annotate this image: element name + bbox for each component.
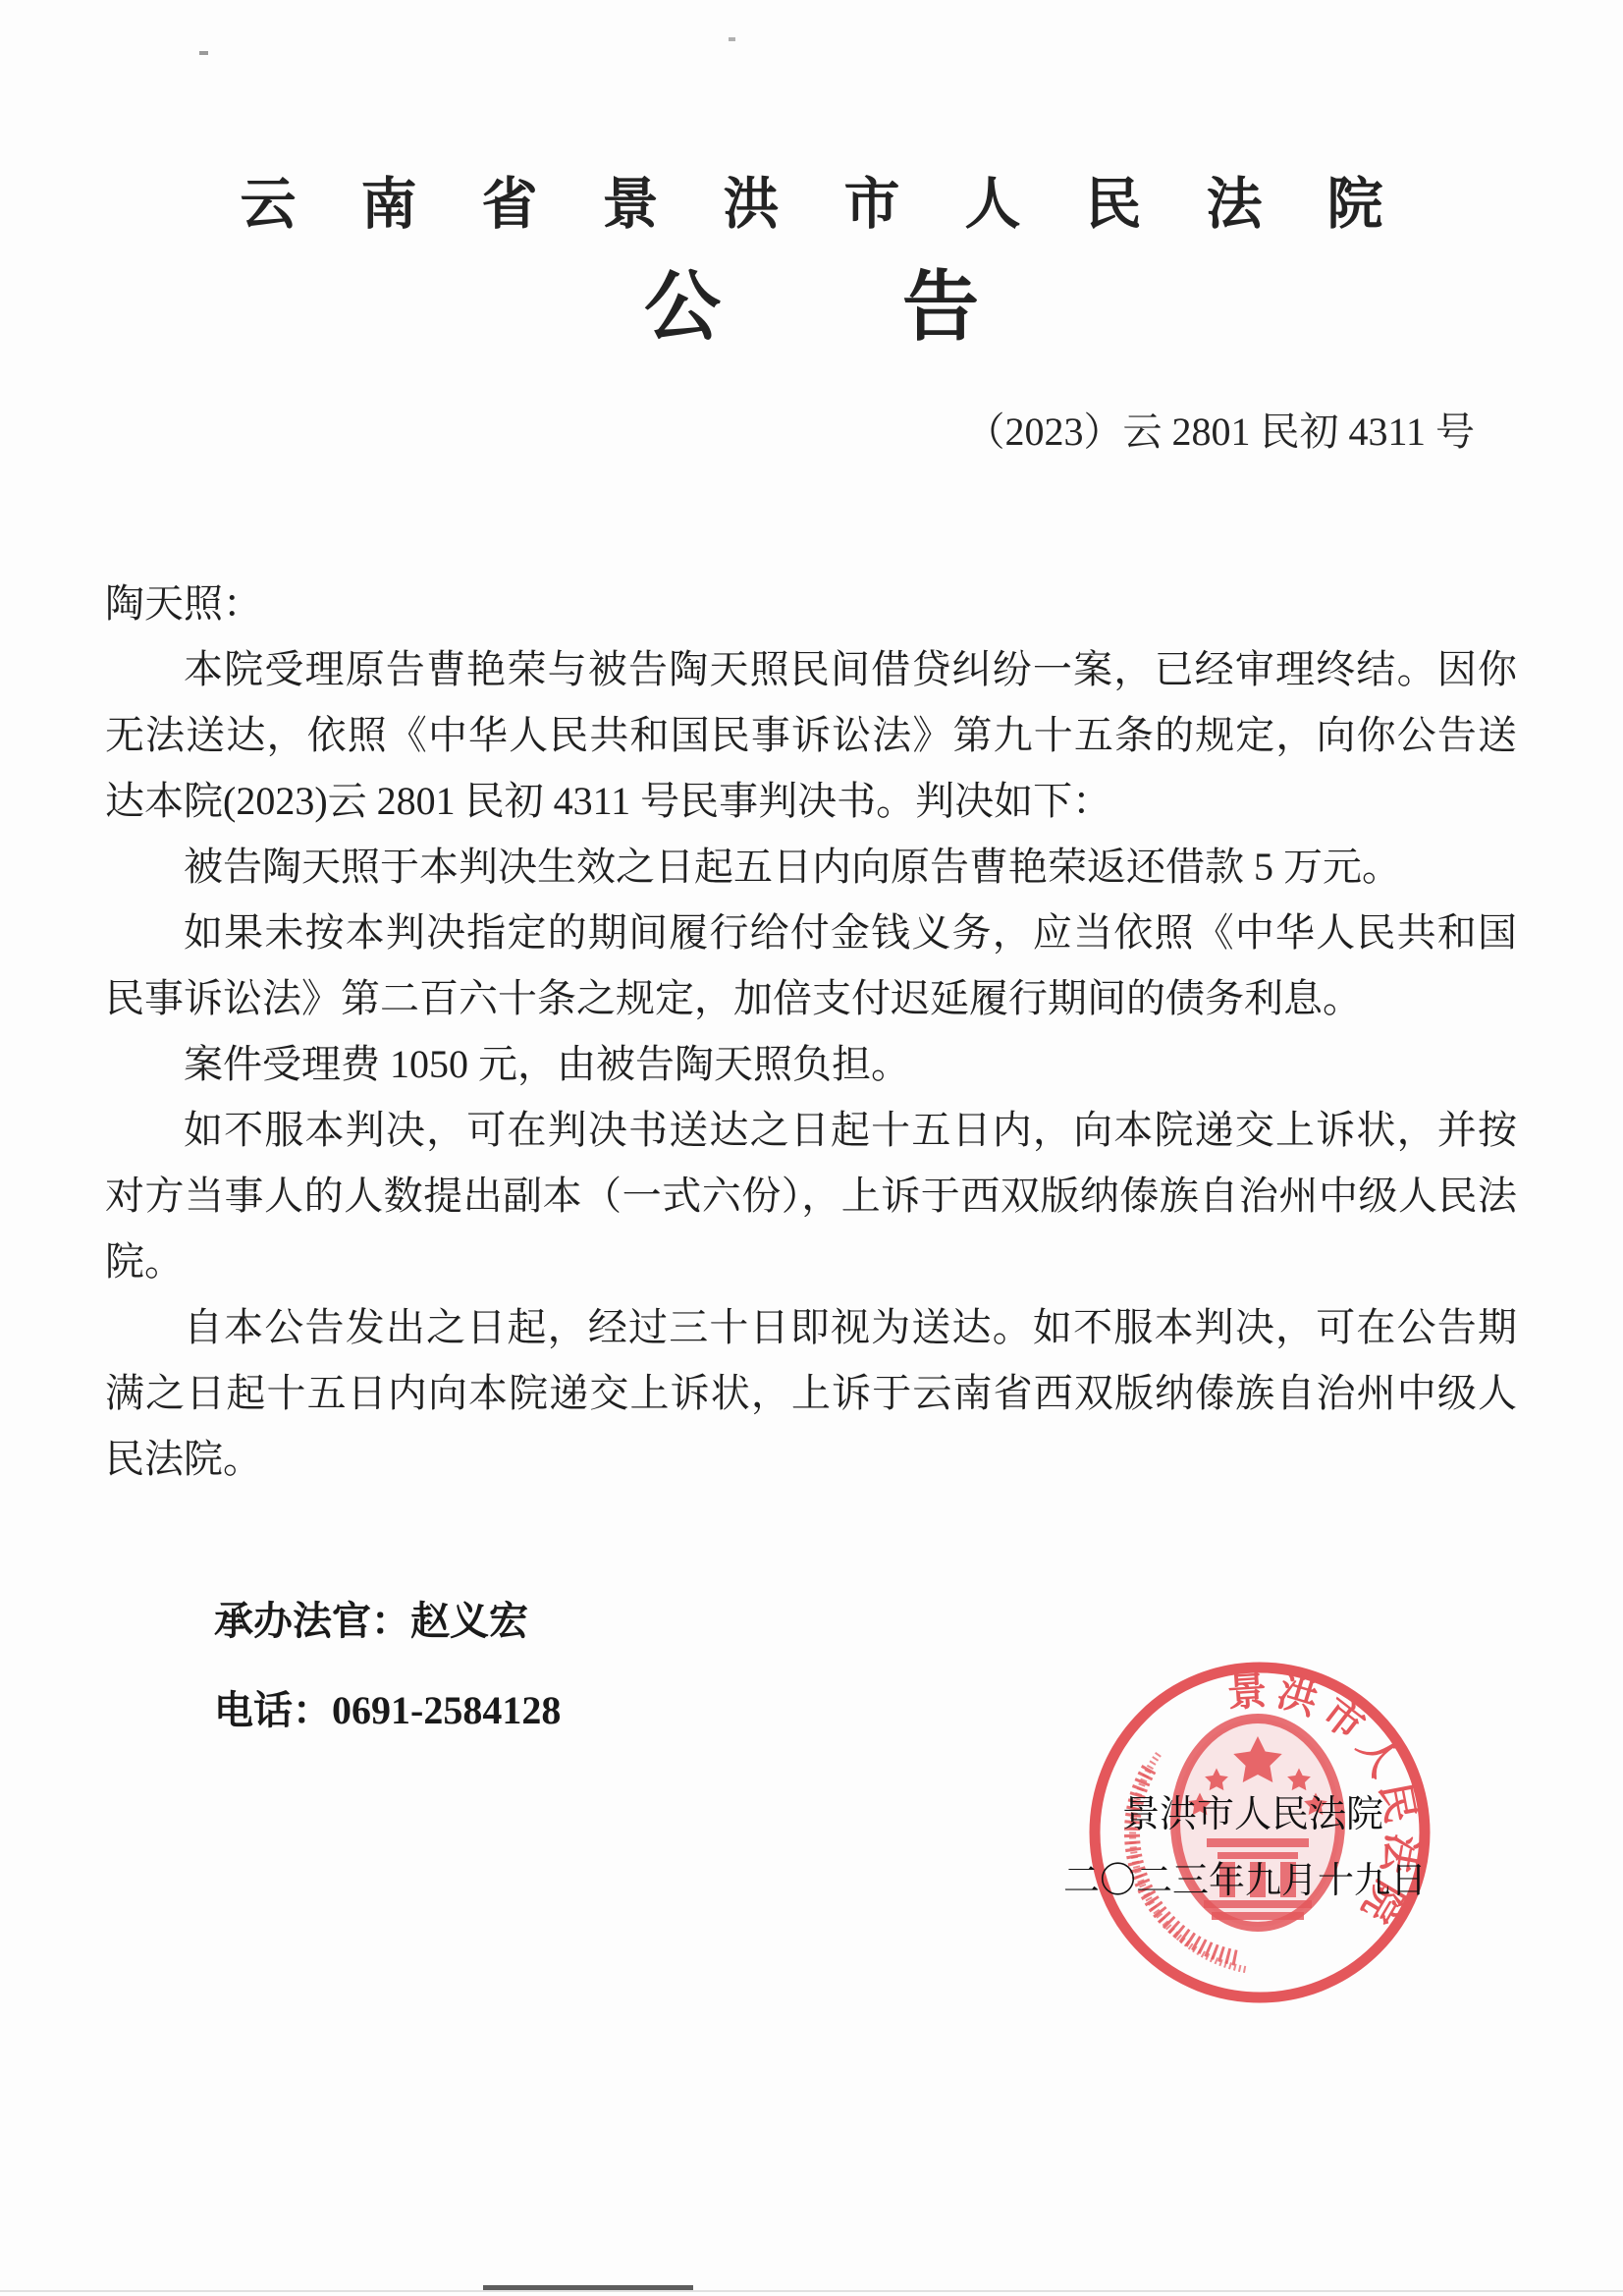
document-title: 公告	[0, 246, 1623, 355]
body-paragraph: 自本公告发出之日起，经过三十日即视为送达。如不服本判决，可在公告期满之日起十五日…	[105, 1294, 1517, 1492]
scan-artifact-line	[483, 2285, 693, 2290]
case-number: （2023）云 2801 民初 4311 号	[0, 401, 1475, 457]
judge-line: 承办法官：赵义宏	[214, 1590, 1623, 1646]
court-name-heading: 云南省景洪市人民法院	[0, 159, 1623, 240]
body-paragraph: 如不服本判决，可在判决书送达之日起十五日内，向本院递交上诉状，并按对方当事人的人…	[105, 1097, 1517, 1294]
signature-court-name: 景洪市人民法院	[1080, 1783, 1426, 1837]
scan-artifact-line	[0, 2290, 1623, 2292]
scan-artifact-speck	[199, 51, 208, 55]
body-paragraph: 被告陶天照于本判决生效之日起五日内向原告曹艳荣返还借款 5 万元。	[105, 834, 1517, 900]
scan-artifact-speck	[729, 37, 735, 41]
body-paragraph: 案件受理费 1050 元，由被告陶天照负担。	[105, 1031, 1517, 1097]
body-paragraph: 如果未按本判决指定的期间履行给付金钱义务，应当依照《中华人民共和国民事诉讼法》第…	[105, 900, 1517, 1031]
announcement-body: 陶天照： 本院受理原告曹艳荣与被告陶天照民间借贷纠纷一案，已经审理终结。因你无法…	[105, 571, 1517, 1492]
salutation: 陶天照：	[105, 571, 1517, 636]
signature-date: 二〇二三年九月十九日	[1053, 1850, 1437, 1903]
body-paragraph: 本院受理原告曹艳荣与被告陶天照民间借贷纠纷一案，已经审理终结。因你无法送达，依照…	[105, 636, 1517, 834]
court-announcement-page: 云南省景洪市人民法院 公告 （2023）云 2801 民初 4311 号 陶天照…	[0, 0, 1623, 2296]
